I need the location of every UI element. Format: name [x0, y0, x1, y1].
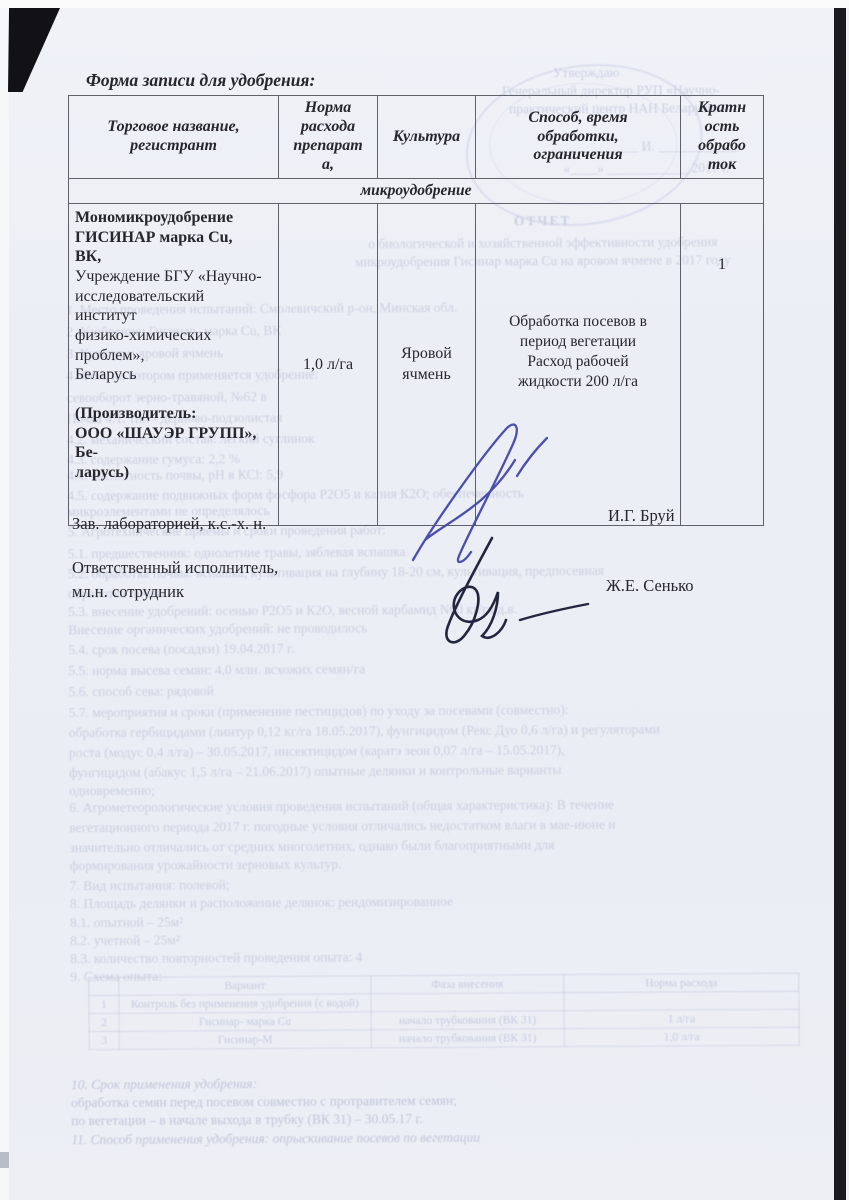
signatory-name-2: Ж.Е. Сенько — [606, 576, 694, 596]
signatory-role-2: Ответственный исполнитель, мл.н. сотрудн… — [72, 556, 278, 604]
table-header-row: Торговое название, регистрант Норма расх… — [69, 96, 764, 179]
table-group-row: микроудобрение — [69, 179, 764, 204]
signatory-name-1: И.Г. Бруй — [608, 506, 675, 526]
scanned-document-page: УтверждаюГенеральный директор РУП «Научн… — [0, 0, 849, 1200]
header-times: Кратн ость обрабо ток — [681, 96, 764, 179]
header-method: Способ, время обработки, ограничения — [476, 96, 681, 179]
table-row: Мономикроудобрение ГИСИНАР марка Cu, ВК,… — [69, 204, 764, 526]
cell-times: 1 — [681, 204, 764, 526]
producer: (Производитель: ООО «ШАУЭР ГРУПП», Бе- л… — [75, 404, 274, 483]
fertilizer-record-table: Торговое название, регистрант Норма расх… — [68, 95, 764, 526]
header-trade-name: Торговое название, регистрант — [69, 96, 279, 179]
form-title: Форма записи для удобрения: — [86, 70, 315, 91]
signatory-role-1: Зав. лабораторией, к.с.-х. н. — [72, 512, 266, 536]
header-culture: Культура — [378, 96, 476, 179]
cell-trade-name: Мономикроудобрение ГИСИНАР марка Cu, ВК,… — [69, 204, 279, 526]
cell-method: Обработка посевов в период вегетации Рас… — [476, 204, 681, 526]
cell-culture: Яровой ячмень — [378, 204, 476, 526]
header-rate: Норма расхода препарат а, — [279, 96, 378, 179]
product-name: Мономикроудобрение ГИСИНАР марка Cu, ВК, — [75, 208, 274, 267]
registrant: Учреждение БГУ «Научно- исследовательски… — [75, 267, 274, 385]
group-label: микроудобрение — [69, 179, 764, 204]
document-content: Форма записи для удобрения: Торговое наз… — [0, 0, 849, 1200]
handwritten-signature-dark — [392, 532, 627, 654]
cell-rate: 1,0 л/га — [279, 204, 378, 526]
